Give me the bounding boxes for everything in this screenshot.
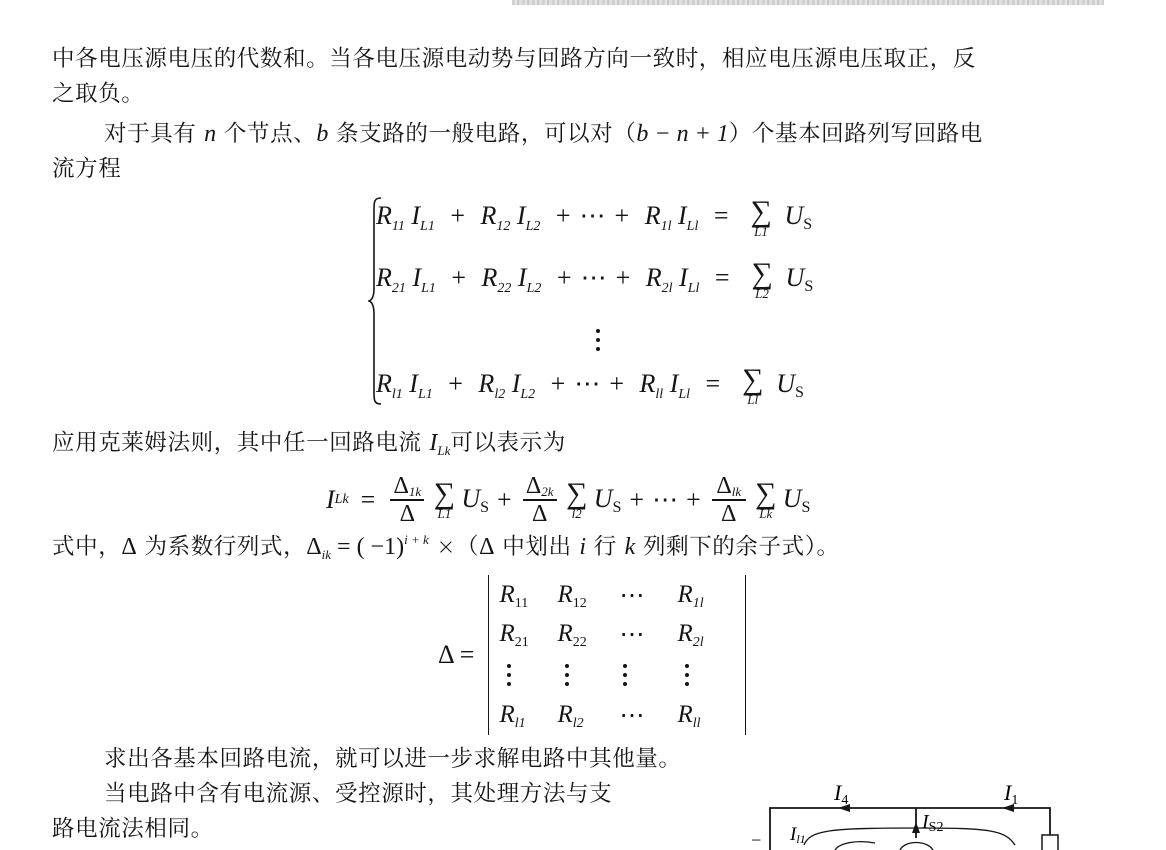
determinant-cell: ⋯ (615, 575, 677, 614)
text-line: 流方程 (52, 152, 1112, 187)
text-line: 中各电压源电压的代数和。当各电压源电动势与回路方向一致时，相应电压源电压取正，反 (52, 42, 1112, 77)
determinant-cell: R11 (499, 575, 557, 614)
paragraph-voltage-sum: 中各电压源电压的代数和。当各电压源电动势与回路方向一致时，相应电压源电压取正，反… (52, 42, 1112, 112)
scan-artifact-strip (512, 0, 1104, 5)
determinant-cell: ⋯ (615, 696, 677, 735)
svg-text:−: − (750, 830, 762, 850)
fraction: Δ1kΔ (390, 473, 424, 526)
determinant-cell: ⋯ (615, 614, 677, 653)
summation-icon: ∑L1 (744, 198, 778, 238)
var-n: n (204, 121, 216, 147)
circuit-diagram: I4 I1 IS2 Il1 − (740, 770, 1070, 850)
determinant-cell: R21 (499, 614, 557, 653)
equation-row-1: R11 IL1 + R12 IL2 +⋯+ R1l ILl = ∑L1 US (376, 198, 812, 238)
expr-b-n-1: b − n + 1 (636, 121, 728, 147)
text-line: 之取负。 (52, 77, 1112, 112)
equation-row-2: R21 IL1 + R22 IL2 +⋯+ R2l ILl = ∑L2 US (376, 260, 813, 300)
source-circle (900, 843, 933, 850)
summation-icon: ∑Ll (736, 366, 770, 406)
coefficient-determinant: Δ = R11R12⋯R1lR21R22⋯R2lRl1Rl2⋯Rll (438, 575, 746, 735)
determinant-row: R11R12⋯R1l (499, 575, 735, 614)
paragraph-determinant-definition: 式中，Δ 为系数行列式，Δik = ( −1)i + k ×（Δ 中划出 i 行… (52, 530, 1112, 565)
determinant-row (499, 654, 735, 696)
svg-text:Il1: Il1 (789, 824, 806, 846)
summation-icon: ∑L1 (427, 480, 461, 520)
determinant-cell: R22 (557, 614, 615, 653)
paragraph-loop-equations-intro: 对于具有 n 个节点、b 条支路的一般电路，可以对（b − n + 1）个基本回… (52, 117, 1112, 187)
determinant-cell: Rl2 (557, 696, 615, 735)
vertical-ellipsis-icon (596, 324, 600, 356)
determinant-cell: Rll (677, 696, 735, 735)
svg-text:I4: I4 (833, 780, 848, 808)
fraction: ΔlkΔ (712, 473, 746, 526)
fraction: Δ2kΔ (523, 473, 557, 526)
vertical-ellipsis-icon (499, 654, 557, 696)
determinant-matrix: R11R12⋯R1lR21R22⋯R2lRl1Rl2⋯Rll (488, 575, 746, 735)
text-line: 对于具有 n 个节点、b 条支路的一般电路，可以对（b − n + 1）个基本回… (52, 117, 1112, 152)
loop-current-equation-system: R11 IL1 + R12 IL2 +⋯+ R1l ILl = ∑L1 US R… (368, 196, 808, 412)
summation-icon: ∑l2 (560, 480, 594, 520)
svg-text:IS2: IS2 (921, 811, 943, 835)
determinant-cell: Rl1 (499, 696, 557, 735)
determinant-row: R21R22⋯R2l (499, 614, 735, 653)
vertical-ellipsis-icon (615, 654, 677, 696)
summation-icon: ∑L2 (745, 260, 779, 300)
resistor (1042, 835, 1058, 850)
loop-arrow-l1 (804, 828, 1015, 845)
summation-icon: ∑Lk (749, 480, 783, 520)
determinant-row: Rl1Rl2⋯Rll (499, 696, 735, 735)
svg-text:I1: I1 (1003, 780, 1018, 808)
determinant-cell: R2l (677, 614, 735, 653)
vertical-ellipsis-icon (677, 654, 735, 696)
determinant-cell: R1l (677, 575, 735, 614)
loop-current-cramer-equation: ILk = Δ1kΔ ∑L1 US + Δ2kΔ ∑l2 US +⋯+ ΔlkΔ… (326, 470, 810, 530)
var-b: b (316, 121, 328, 147)
vertical-ellipsis-icon (557, 654, 615, 696)
equation-row-l: Rl1 IL1 + Rl2 IL2 +⋯+ Rll ILl = ∑Ll US (376, 366, 804, 406)
paragraph-cramer-rule: 应用克莱姆法则，其中任一回路电流 ILk可以表示为 (52, 426, 1112, 461)
determinant-cell: R12 (557, 575, 615, 614)
